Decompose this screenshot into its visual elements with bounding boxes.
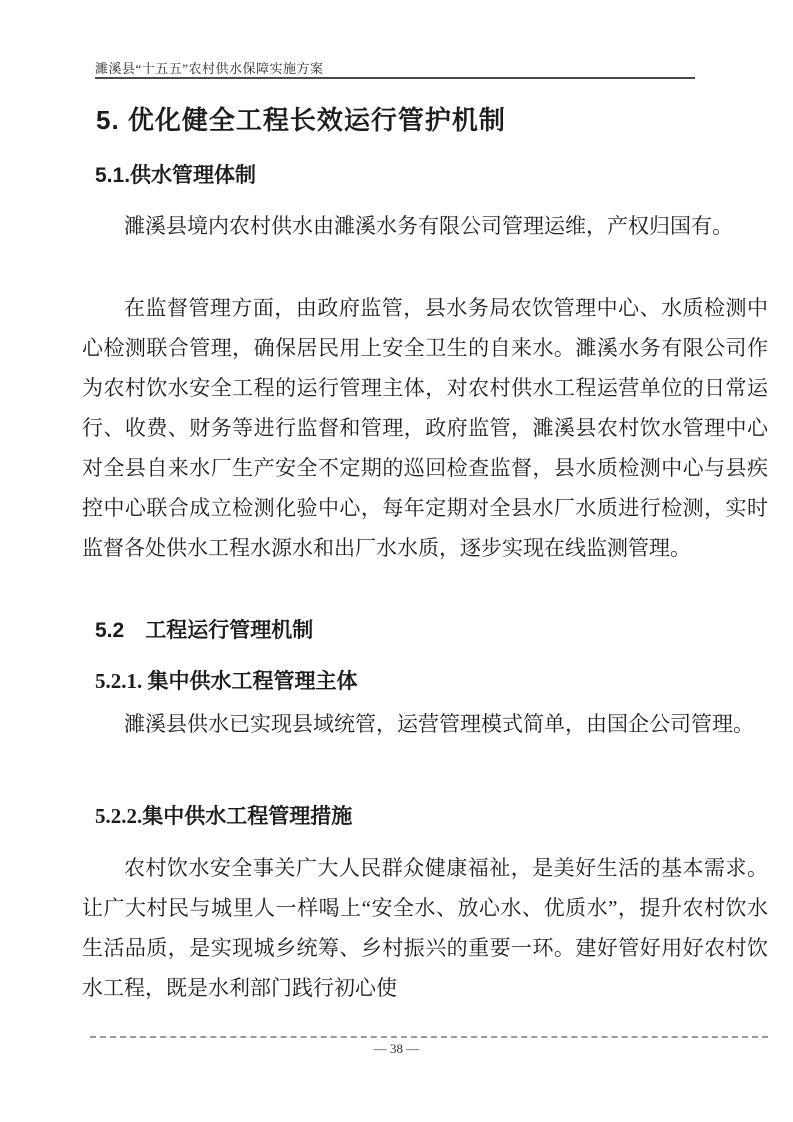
section-heading-5-2: 5.2 工程运行管理机制 [95,618,771,644]
chapter-heading-5: 5. 优化健全工程长效运行管护机制 [96,104,772,137]
paragraph-5-2-1-a: 濉溪县供水已实现县域统管，运营管理模式简单，由国企公司管理。 [82,704,768,744]
paragraph-5-1-b: 在监督管理方面，由政府监管，县水务局农饮管理中心、水质检测中心检测联合管理，确保… [82,288,768,568]
section-heading-5-1: 5.1.供水管理体制 [95,163,771,189]
header-rule [95,77,695,79]
page-number: — 38 — [0,1041,793,1057]
section-heading-5-2-2: 5.2.2.集中供水工程管理措施 [95,803,771,829]
section-heading-5-2-1: 5.2.1. 集中供水工程管理主体 [95,668,771,694]
paragraph-5-2-2-a: 农村饮水安全事关广大人民群众健康福祉，是美好生活的基本需求。让广大村民与城里人一… [82,848,768,1012]
running-header-title: 濉溪县“十五五”农村供水保障实施方案 [95,58,695,77]
footer-rule [90,1036,768,1038]
document-page: 濉溪县“十五五”农村供水保障实施方案 5. 优化健全工程长效运行管护机制 5.1… [0,0,793,1122]
paragraph-5-1-a: 濉溪县境内农村供水由濉溪水务有限公司管理运维，产权归国有。 [82,206,768,246]
